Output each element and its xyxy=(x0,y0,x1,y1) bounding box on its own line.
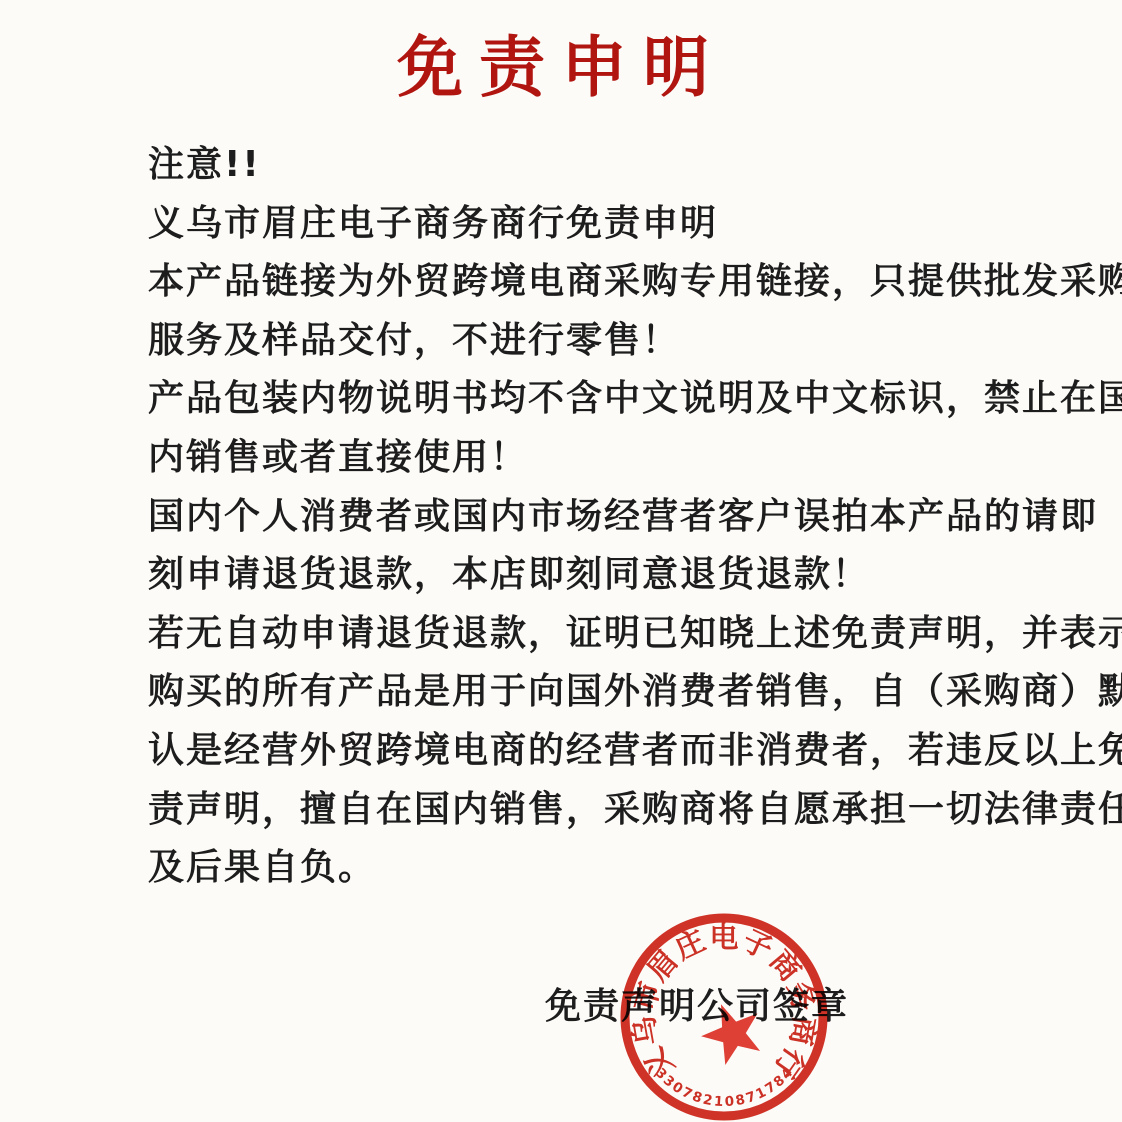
body-line-10: 购买的所有产品是用于向国外消费者销售，自（采购商）默 xyxy=(148,663,998,722)
body-line-12: 责声明，擅自在国内销售，采购商将自愿承担一切法律责任 xyxy=(148,781,998,840)
svg-text:2: 2 xyxy=(702,1092,714,1110)
body-line-1: 注意!! xyxy=(148,136,998,195)
disclaimer-document: 免责申明 注意!! 义乌市眉庄电子商务商行免责申明 本产品链接为外贸跨境电商采购… xyxy=(0,0,1122,1122)
company-seal-stamp: 义乌市眉庄电子商务商行33078210871784 xyxy=(614,907,834,1122)
svg-text:务: 务 xyxy=(781,978,821,1015)
body-line-9: 若无自动申请退货退款，证明已知晓上述免责声明，并表示 xyxy=(148,605,998,664)
page-title: 免责申明 xyxy=(0,14,1122,109)
disclaimer-body: 注意!! 义乌市眉庄电子商务商行免责申明 本产品链接为外贸跨境电商采购专用链接，… xyxy=(148,136,998,898)
svg-text:1: 1 xyxy=(713,1094,723,1111)
body-line-5: 产品包装内物说明书均不含中文说明及中文标识，禁止在国 xyxy=(148,370,998,429)
body-line-7: 国内个人消费者或国内市场经营者客户误拍本产品的请即 xyxy=(148,488,998,547)
body-line-6: 内销售或者直接使用！ xyxy=(148,429,998,488)
body-line-8: 刻申请退货退款，本店即刻同意退货退款！ xyxy=(148,546,998,605)
svg-text:商: 商 xyxy=(784,1014,823,1048)
seal-star-icon xyxy=(701,1004,760,1065)
svg-text:乌: 乌 xyxy=(626,1014,665,1048)
body-line-2: 义乌市眉庄电子商务商行免责申明 xyxy=(148,195,998,254)
body-line-11: 认是经营外贸跨境电商的经营者而非消费者，若违反以上免 xyxy=(148,722,998,781)
body-line-13: 及后果自负。 xyxy=(148,839,998,898)
svg-text:电: 电 xyxy=(709,920,738,954)
svg-text:0: 0 xyxy=(724,1094,734,1111)
body-line-3: 本产品链接为外贸跨境电商采购专用链接，只提供批发采购 xyxy=(148,253,998,312)
body-line-4: 服务及样品交付，不进行零售！ xyxy=(148,312,998,371)
